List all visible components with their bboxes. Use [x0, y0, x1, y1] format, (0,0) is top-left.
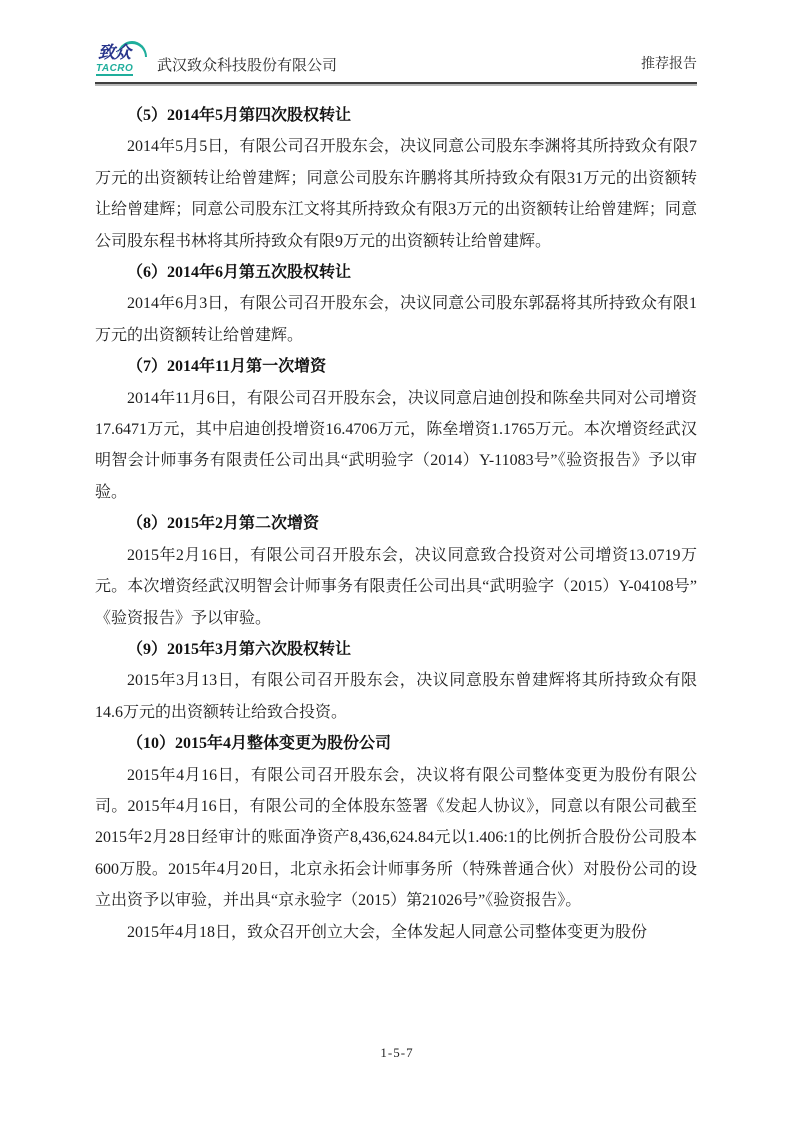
section-heading: （10）2015年4月整体变更为股份公司	[95, 728, 697, 759]
page-header: 致众 TACRO 武汉致众科技股份有限公司 推荐报告	[95, 44, 697, 76]
section-heading: （7）2014年11月第一次增资	[95, 351, 697, 382]
section-paragraph: 2015年4月16日，有限公司召开股东会，决议将有限公司整体变更为股份有限公司。…	[95, 760, 697, 917]
section-paragraph: 2015年3月13日，有限公司召开股东会，决议同意股东曾建辉将其所持致众有限14…	[95, 665, 697, 728]
section-heading: （9）2015年3月第六次股权转让	[95, 634, 697, 665]
document-page: 致众 TACRO 武汉致众科技股份有限公司 推荐报告 （5）2014年5月第四次…	[0, 0, 794, 1123]
section-heading: （6）2014年6月第五次股权转让	[95, 257, 697, 288]
document-body: （5）2014年5月第四次股权转让 2014年5月5日，有限公司召开股东会，决议…	[95, 100, 697, 948]
header-left: 致众 TACRO 武汉致众科技股份有限公司	[95, 44, 337, 76]
section-heading: （8）2015年2月第二次增资	[95, 508, 697, 539]
logo-en-text: TACRO	[96, 64, 133, 76]
section-paragraph: 2015年2月16日，有限公司召开股东会，决议同意致合投资对公司增资13.071…	[95, 540, 697, 634]
company-logo: 致众 TACRO	[95, 44, 151, 76]
logo-zh-text: 致众	[98, 44, 130, 61]
section-heading: （5）2014年5月第四次股权转让	[95, 100, 697, 131]
section-paragraph: 2014年11月6日，有限公司召开股东会，决议同意启迪创投和陈垒共同对公司增资1…	[95, 383, 697, 509]
company-name: 武汉致众科技股份有限公司	[157, 57, 337, 76]
doc-type-label: 推荐报告	[641, 57, 697, 76]
section-paragraph: 2014年6月3日，有限公司召开股东会，决议同意公司股东郭磊将其所持致众有限1万…	[95, 288, 697, 351]
header-rule-light	[95, 84, 697, 86]
header-rule	[95, 82, 697, 86]
section-paragraph: 2015年4月18日，致众召开创立大会，全体发起人同意公司整体变更为股份	[95, 917, 697, 948]
page-number: 1-5-7	[380, 1045, 413, 1060]
section-paragraph: 2014年5月5日，有限公司召开股东会，决议同意公司股东李渊将其所持致众有限7万…	[95, 131, 697, 257]
page-footer: 1-5-7	[0, 1045, 794, 1061]
